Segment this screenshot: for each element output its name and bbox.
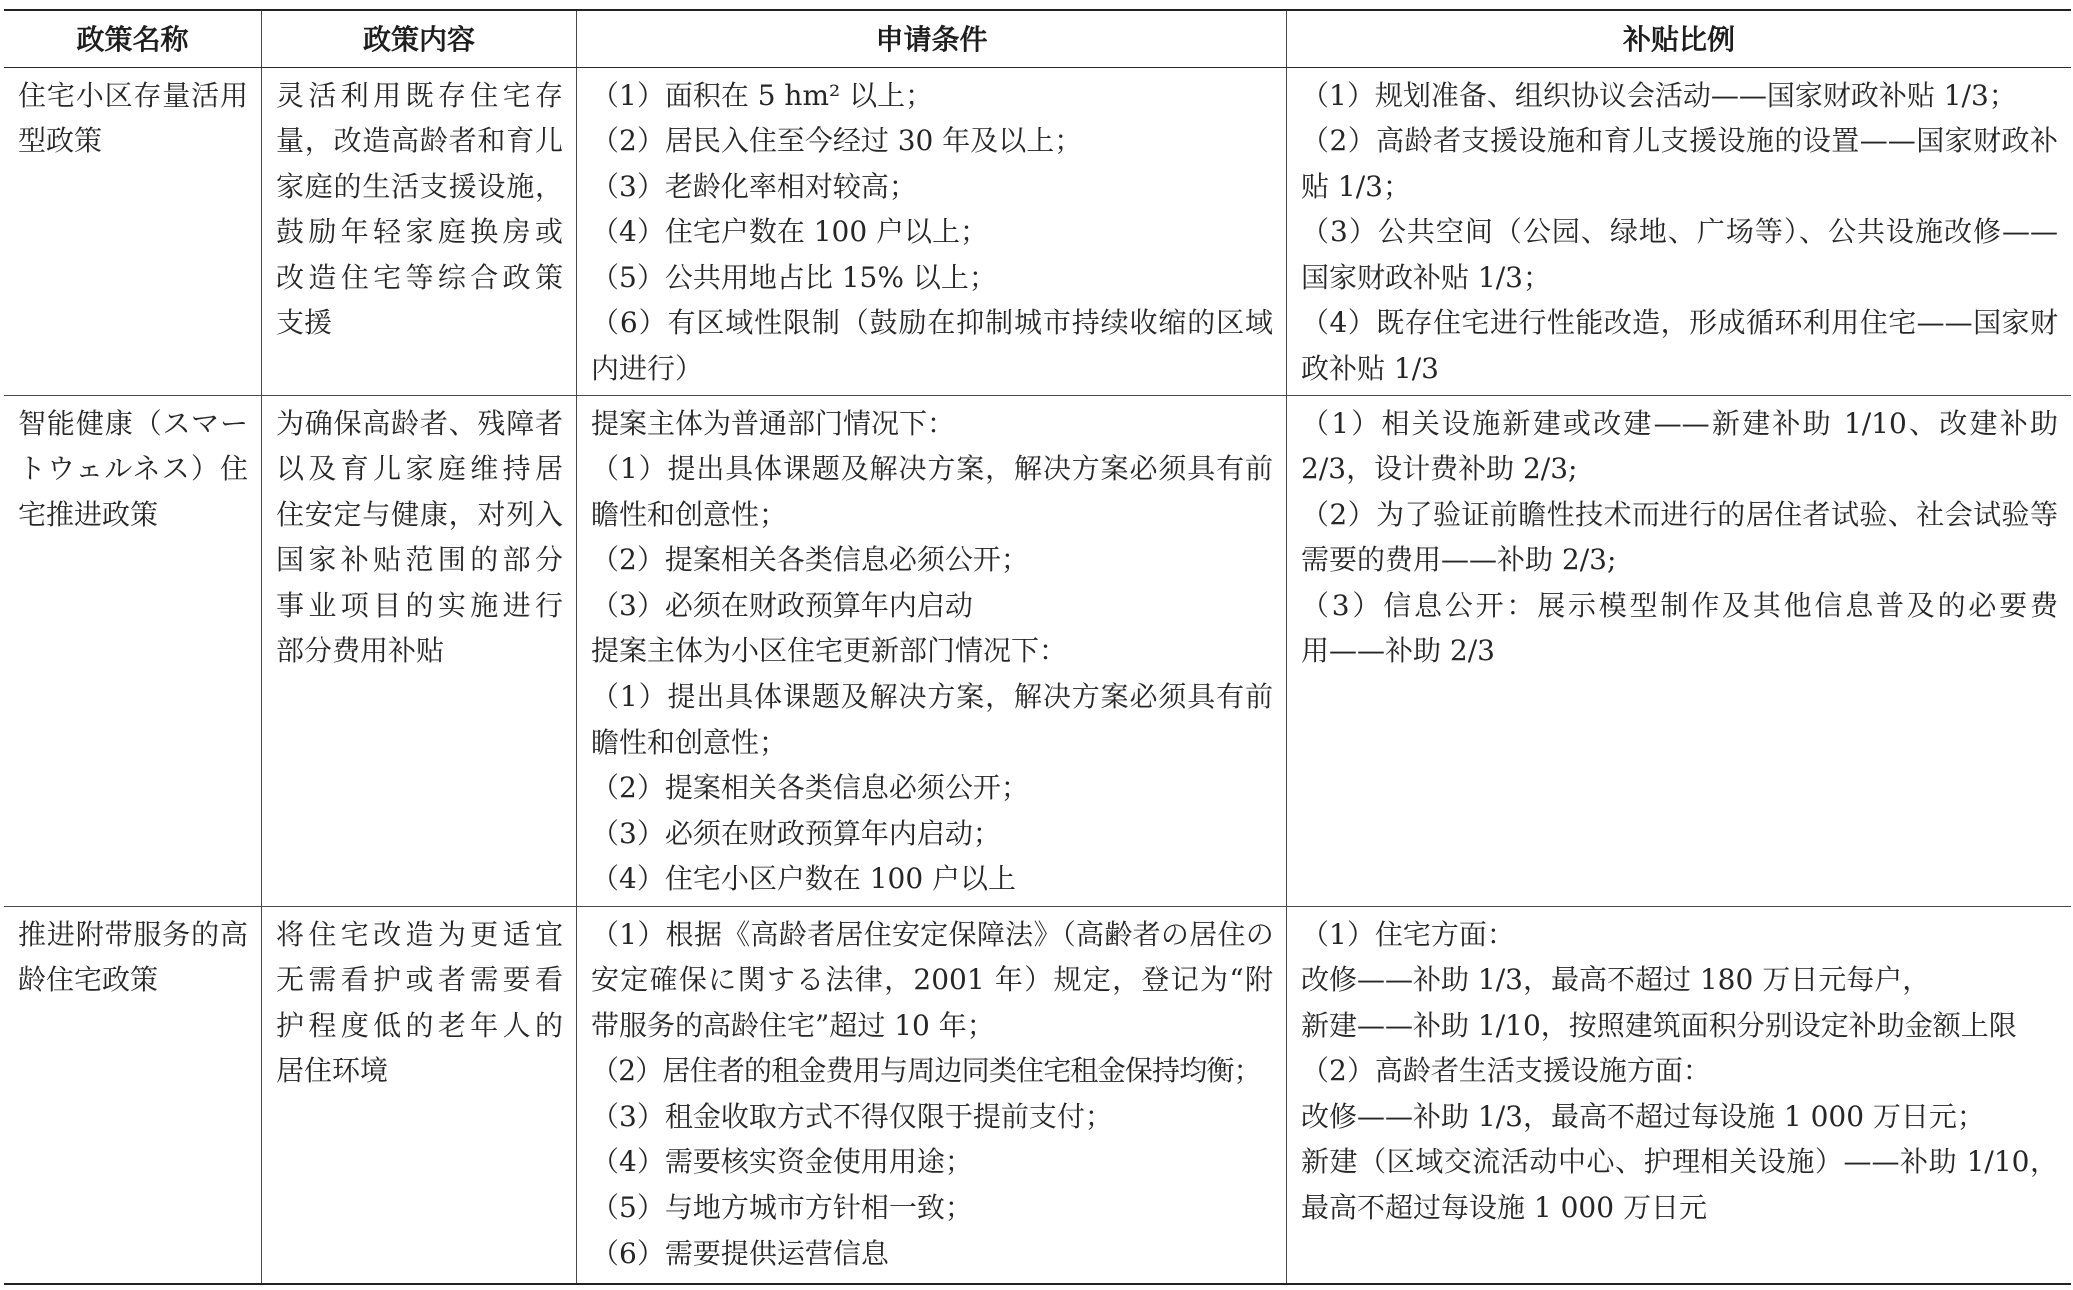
condition-line: （4）住宅户数在 100 户以上； <box>591 209 1273 255</box>
subsidy-line: 改修——补助 1/3，最高不超过 180 万日元每户， <box>1301 957 2058 1003</box>
subsidy-line: （3）信息公开：展示模型制作及其他信息普及的必要费 <box>1301 583 2058 629</box>
subsidy-line: （1）规划准备、组织协议会活动——国家财政补贴 1/3； <box>1301 73 2058 119</box>
condition-line: （3）必须在财政预算年内启动； <box>591 811 1273 857</box>
cell-subsidy: （1）相关设施新建或改建——新建补助 1/10、改建补助 2/3，设计费补助 2… <box>1286 396 2071 906</box>
policy-content-line: 居住环境 <box>276 1048 563 1094</box>
subsidy-line: 需要的费用——补助 2/3; <box>1301 537 2058 583</box>
condition-line: （2）居住者的租金费用与周边同类住宅租金保持均衡； <box>591 1048 1273 1094</box>
condition-line: （6）有区域性限制（鼓励在抑制城市持续收缩的区域 <box>591 300 1273 346</box>
condition-line: （1）根据《高龄者居住安定保障法》（高齢者の居住の <box>591 912 1273 958</box>
table-row: 智能健康（スマー トウェルネス）住 宅推进政策 为确保高龄者、残障者 以及育儿家… <box>4 396 2071 907</box>
table-header-row: 政策名称 政策内容 申请条件 补贴比例 <box>4 11 2071 68</box>
subsidy-line: 政补贴 1/3 <box>1301 346 2058 392</box>
subsidy-line: 国家财政补贴 1/3； <box>1301 255 2058 301</box>
header-conditions: 申请条件 <box>576 11 1286 67</box>
cell-conditions: （1）面积在 5 hm² 以上； （2）居民入住至今经过 30 年及以上； （3… <box>576 68 1286 395</box>
subsidy-line: 新建——补助 1/10，按照建筑面积分别设定补助金额上限 <box>1301 1003 2058 1049</box>
header-subsidy: 补贴比例 <box>1286 11 2071 67</box>
policy-content-line: 事业项目的实施进行 <box>276 583 563 629</box>
condition-line: 瞻性和创意性； <box>591 720 1273 766</box>
subsidy-line: 新建（区域交流活动中心、护理相关设施）——补助 1/10， <box>1301 1139 2058 1185</box>
policy-table: 政策名称 政策内容 申请条件 补贴比例 住宅小区存量活用 型政策 灵活利用既存住… <box>4 9 2071 1285</box>
condition-line: （1）面积在 5 hm² 以上； <box>591 73 1273 119</box>
cell-policy-content: 灵活利用既存住宅存 量，改造高龄者和育儿 家庭的生活支援设施， 鼓励年轻家庭换房… <box>261 68 576 395</box>
subsidy-line: （2）高龄者生活支援设施方面： <box>1301 1048 2058 1094</box>
header-policy-content: 政策内容 <box>261 11 576 67</box>
policy-content-line: 护程度低的老年人的 <box>276 1003 563 1049</box>
policy-content-line: 改造住宅等综合政策 <box>276 255 563 301</box>
cell-conditions: （1）根据《高龄者居住安定保障法》（高齢者の居住の 安定確保に関する法律，200… <box>576 907 1286 1284</box>
policy-content-line: 国家补贴范围的部分 <box>276 537 563 583</box>
condition-line: （4）需要核实资金使用用途； <box>591 1139 1273 1185</box>
policy-content-line: 以及育儿家庭维持居 <box>276 446 563 492</box>
policy-content-line: 部分费用补贴 <box>276 628 563 674</box>
policy-name-line: 宅推进政策 <box>18 492 248 538</box>
condition-line: （4）住宅小区户数在 100 户以上 <box>591 856 1273 902</box>
condition-line: （1）提出具体课题及解决方案，解决方案必须具有前 <box>591 674 1273 720</box>
policy-name-line: 住宅小区存量活用 <box>18 73 248 119</box>
policy-name-line: トウェルネス）住 <box>18 446 248 492</box>
cell-policy-content: 将住宅改造为更适宜 无需看护或者需要看 护程度低的老年人的 居住环境 <box>261 907 576 1284</box>
condition-line: （1）提出具体课题及解决方案，解决方案必须具有前 <box>591 446 1273 492</box>
condition-line: 提案主体为普通部门情况下： <box>591 401 1273 447</box>
subsidy-line: （2）高龄者支援设施和育儿支援设施的设置——国家财政补 <box>1301 118 2058 164</box>
policy-content-line: 鼓励年轻家庭换房或 <box>276 209 563 255</box>
policy-name-line: 龄住宅政策 <box>18 957 248 1003</box>
policy-content-line: 支援 <box>276 300 563 346</box>
subsidy-line: （2）为了验证前瞻性技术而进行的居住者试验、社会试验等 <box>1301 492 2058 538</box>
policy-content-line: 住安定与健康，对列入 <box>276 492 563 538</box>
subsidy-line: （3）公共空间（公园、绿地、广场等）、公共设施改修—— <box>1301 209 2058 255</box>
subsidy-line: （4）既存住宅进行性能改造，形成循环利用住宅——国家财 <box>1301 300 2058 346</box>
policy-content-line: 为确保高龄者、残障者 <box>276 401 563 447</box>
header-policy-name: 政策名称 <box>4 11 261 67</box>
cell-subsidy: （1）规划准备、组织协议会活动——国家财政补贴 1/3； （2）高龄者支援设施和… <box>1286 68 2071 395</box>
cell-policy-name: 智能健康（スマー トウェルネス）住 宅推进政策 <box>4 396 261 906</box>
subsidy-line: 用——补助 2/3 <box>1301 628 2058 674</box>
policy-content-line: 量，改造高龄者和育儿 <box>276 118 563 164</box>
cell-subsidy: （1）住宅方面： 改修——补助 1/3，最高不超过 180 万日元每户， 新建—… <box>1286 907 2071 1284</box>
policy-name-line: 智能健康（スマー <box>18 401 248 447</box>
subsidy-line: （1）相关设施新建或改建——新建补助 1/10、改建补助 <box>1301 401 2058 447</box>
condition-line: （3）老龄化率相对较高； <box>591 164 1273 210</box>
condition-line: （3）必须在财政预算年内启动 <box>591 583 1273 629</box>
subsidy-line: 2/3，设计费补助 2/3; <box>1301 446 2058 492</box>
condition-line: （6）需要提供运营信息 <box>591 1231 1273 1277</box>
condition-line: （5）与地方城市方针相一致； <box>591 1185 1273 1231</box>
condition-line: （5）公共用地占比 15% 以上； <box>591 255 1273 301</box>
policy-content-line: 将住宅改造为更适宜 <box>276 912 563 958</box>
condition-line: （2）提案相关各类信息必须公开； <box>591 765 1273 811</box>
cell-policy-name: 推进附带服务的高 龄住宅政策 <box>4 907 261 1284</box>
condition-line: （2）居民入住至今经过 30 年及以上； <box>591 118 1273 164</box>
table-row: 推进附带服务的高 龄住宅政策 将住宅改造为更适宜 无需看护或者需要看 护程度低的… <box>4 907 2071 1284</box>
condition-line: 内进行） <box>591 346 1273 392</box>
subsidy-line: 改修——补助 1/3，最高不超过每设施 1 000 万日元； <box>1301 1094 2058 1140</box>
condition-line: 提案主体为小区住宅更新部门情况下： <box>591 628 1273 674</box>
table-row: 住宅小区存量活用 型政策 灵活利用既存住宅存 量，改造高龄者和育儿 家庭的生活支… <box>4 68 2071 396</box>
condition-line: 安定確保に関する法律，2001 年）规定，登记为“附 <box>591 957 1273 1003</box>
cell-conditions: 提案主体为普通部门情况下： （1）提出具体课题及解决方案，解决方案必须具有前 瞻… <box>576 396 1286 906</box>
condition-line: 带服务的高龄住宅”超过 10 年； <box>591 1003 1273 1049</box>
policy-content-line: 家庭的生活支援设施， <box>276 164 563 210</box>
condition-line: 瞻性和创意性； <box>591 492 1273 538</box>
policy-content-line: 无需看护或者需要看 <box>276 957 563 1003</box>
condition-line: （2）提案相关各类信息必须公开； <box>591 537 1273 583</box>
subsidy-line: 最高不超过每设施 1 000 万日元 <box>1301 1185 2058 1231</box>
condition-line: （3）租金收取方式不得仅限于提前支付； <box>591 1094 1273 1140</box>
cell-policy-content: 为确保高龄者、残障者 以及育儿家庭维持居 住安定与健康，对列入 国家补贴范围的部… <box>261 396 576 906</box>
policy-name-line: 推进附带服务的高 <box>18 912 248 958</box>
policy-name-line: 型政策 <box>18 118 248 164</box>
subsidy-line: （1）住宅方面： <box>1301 912 2058 958</box>
policy-content-line: 灵活利用既存住宅存 <box>276 73 563 119</box>
cell-policy-name: 住宅小区存量活用 型政策 <box>4 68 261 395</box>
subsidy-line: 贴 1/3； <box>1301 164 2058 210</box>
